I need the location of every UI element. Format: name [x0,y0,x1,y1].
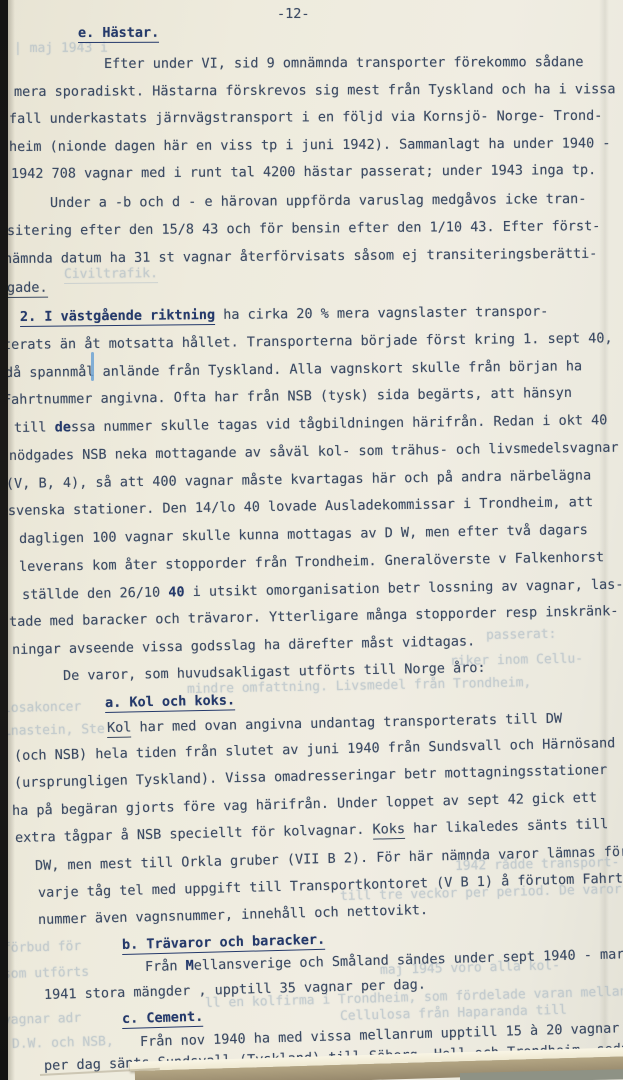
typed-text-segment: ha cirka 20 % mera vagnslaster transpor- [215,304,548,323]
typed-text-segment: Efter under VI, sid 9 omnämnda transport… [104,54,584,72]
typed-line: svenska stationer. Den 14/lo 40 lovade A… [8,493,593,520]
scanned-document-page: { "page": { "paper_color": "#eeebdd", "i… [0,0,623,1080]
typed-text-segment: ningar avseende vissa godsslag ha däreft… [12,633,475,658]
heading-cement: c. Cement. [122,1008,204,1028]
typed-line: fall underkastats järnvägstransport i en… [9,107,602,128]
typed-text-segment: fall underkastats järnvägstransport i en… [9,108,602,127]
typed-text-segment: i utsikt omorganisation betr lossning av… [184,577,623,601]
typed-text-segment: b. Trävaror och baracker. [122,932,326,955]
typed-line: mera sporadiskt. Hästarna förskrevos sig… [14,80,616,101]
typed-text-segment: nummer även vagnsnummer, innehåll och ne… [38,902,428,928]
typed-line: DW, men mest till Orkla gruber (VII B 2)… [35,843,623,875]
typed-line: dagligen 100 vagnar skulle kunna mottaga… [19,521,588,548]
heading-e-hastar: e. Hästar. [78,24,159,42]
typed-text-segment: har likaledes sänts till [405,816,609,837]
typed-text-segment: nämnda datum ha 31 st vagnar återförvisa… [4,246,597,267]
typed-text-segment: tade med baracker och trävaror. Ytterlig… [9,603,619,630]
typed-line: varje tåg tel med uppgift till Transport… [38,869,623,902]
typed-lines-layer: e. Hästar.Efter under VI, sid 9 omnämnda… [0,0,623,1080]
typed-line: ställde den 26/10 40 i utsikt omorganisa… [22,576,623,604]
typed-line: leverans kom åter stopporder från Trondh… [19,548,604,576]
typed-line: Fahrtnummer angivna. Ofta har från NSB (… [3,384,572,409]
typed-text-segment: mera sporadiskt. Hästarna förskrevos sig… [14,81,616,100]
typed-text-segment: c. Cement. [122,1009,204,1029]
heading-travaror-och-baracker: b. Trävaror och baracker. [122,931,326,954]
typed-line: 1941 stora mängder , upptill 35 vagnar p… [44,976,426,1004]
typed-text-segment: ssa nummer skulle tagas vid tågbildninge… [71,412,608,435]
typed-line: heim (nionde dagen här en viss tp i juni… [9,134,611,156]
typed-text-segment: extra tågpar å NSB speciellt för kolvagn… [15,822,373,846]
typed-text-segment: sitering efter den 15/8 43 och för bensi… [7,218,600,239]
typed-text-segment: svenska stationer. Den 14/lo 40 lovade A… [8,494,593,519]
typed-text-segment: terats än åt motsatta hållet. Transporte… [3,330,613,353]
typed-text-segment: Fahrtnummer angivna. Ofta har från NSB (… [3,385,572,408]
typed-line: Under a -b och d - e härovan uppförda va… [50,190,587,212]
heading-kol-och-koks: a. Kol och koks. [105,691,235,712]
typed-text-segment: De varor, som huvudsakligast utförts til… [63,660,486,684]
typed-line: extra tågpar å NSB speciellt för kolvagn… [15,815,609,847]
heading-vastgaende: 2. I västgående riktning ha cirka 20 % m… [20,303,548,326]
typed-line: nummer även vagnsnummer, innehåll och ne… [38,901,428,929]
typed-text-segment: har med ovan angivna undantag transporte… [131,711,562,736]
typed-text-segment: a. Kol och koks. [105,692,235,713]
typed-text-segment: leverans kom åter stopporder från Trondh… [19,549,604,575]
typed-text-segment: varje tåg tel med uppgift till Transport… [38,870,623,901]
typed-text-segment: 2. I västgående riktning [20,307,215,327]
typed-line: sitering efter den 15/8 43 och för bensi… [7,217,600,240]
typed-line: (V, B, 4), så att 400 vagnar måste kvart… [6,467,591,493]
typed-text-segment: DW, men mest till Orkla gruber (VII B 2)… [35,844,623,874]
typed-text-segment: nödgades NSB neka mottagande av såväl ko… [9,440,619,464]
typed-line: tade med baracker och trävaror. Ytterlig… [9,602,619,631]
typed-text-segment: Kol [107,719,132,737]
typed-line: Efter under VI, sid 9 omnämnda transport… [104,53,584,73]
typed-text-segment: Koks [372,821,405,840]
typed-text-segment: heim (nionde dagen här en viss tp i juni… [9,135,611,155]
typed-line: till dessa nummer skulle tagas vid tågbi… [14,411,608,437]
typed-text-segment: 1942 708 vagnar med i runt tal 4200 häst… [11,162,596,182]
typed-text-segment: ställde den 26/10 [22,584,169,603]
typed-text-segment: 40 [168,584,185,600]
typed-line: (ursprungligen Tyskland). Vissa omadress… [14,761,608,792]
blue-pencil-mark [91,352,94,381]
typed-text-segment: ha på begäran gjorts före vag härifrån. … [12,790,597,819]
typed-text-segment: till [14,419,55,436]
typed-text-segment: (ursprungligen Tyskland). Vissa omadress… [14,762,608,791]
typed-line: Kol har med ovan angivna undantag transp… [107,710,562,737]
typed-line: nödgades NSB neka mottagande av såväl ko… [9,439,619,465]
typed-text-segment: (och NSB) hela tiden från slutet av juni… [14,735,616,764]
typed-text-segment: Från [145,958,186,975]
typed-line: (och NSB) hela tiden från slutet av juni… [14,734,616,765]
typed-line: ningar avseende vissa godsslag ha däreft… [12,632,476,659]
typed-text-segment: (V, B, 4), så att 400 vagnar måste kvart… [6,468,591,492]
typed-line: ha på begäran gjorts före vag härifrån. … [12,789,597,820]
typed-line: terats än åt motsatta hållet. Transporte… [3,329,613,354]
typed-text-segment: e. Hästar. [78,25,159,43]
typed-text-segment: dagligen 100 vagnar skulle kunna mottaga… [19,522,588,547]
scan-background-strip [0,0,8,1080]
typed-text-segment: Under a -b och d - e härovan uppförda va… [50,191,587,211]
typed-text-segment: 1941 stora mängder , upptill 35 vagnar p… [44,977,426,1003]
typed-text-segment: de [55,419,71,435]
paper-left-edge-shadow [8,0,15,1080]
typed-line: nämnda datum ha 31 st vagnar återförvisa… [4,245,597,268]
typed-line: De varor, som huvudsakligast utförts til… [63,659,486,685]
typed-line: 1942 708 vagnar med i runt tal 4200 häst… [11,161,596,183]
